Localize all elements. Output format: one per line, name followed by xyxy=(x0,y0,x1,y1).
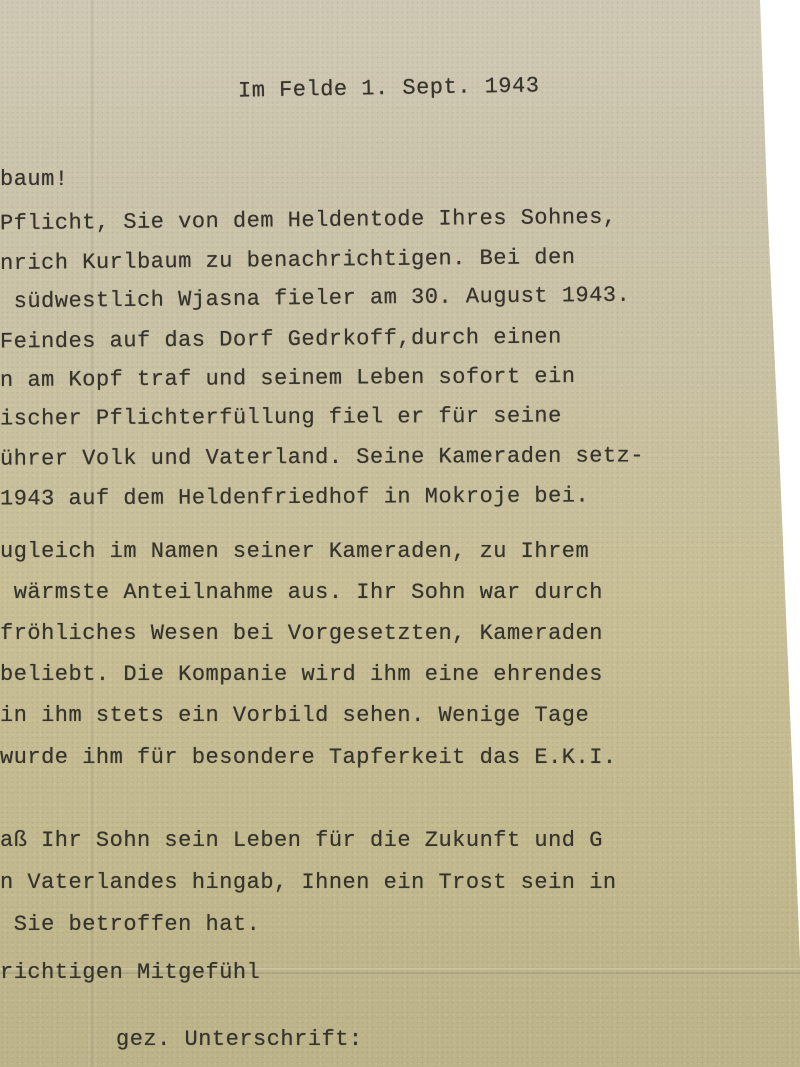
paragraph-3-line: Sie betroffen hat. xyxy=(0,912,260,937)
letter-closing: richtigen Mitgefühl xyxy=(0,960,260,985)
paragraph-1-line: ischer Pflichterfüllung fiel er für sein… xyxy=(0,404,562,432)
paragraph-1-line: ührer Volk und Vaterland. Seine Kamerade… xyxy=(0,443,644,471)
paragraph-3-line: aß Ihr Sohn sein Leben für die Zukunft u… xyxy=(0,828,603,853)
paper-fold-vertical xyxy=(88,0,96,1067)
paragraph-2-line: ugleich im Namen seiner Kameraden, zu Ih… xyxy=(0,539,589,564)
paragraph-1-line: Feindes auf das Dorf Gedrkoff,durch eine… xyxy=(0,325,562,355)
paragraph-3-line: n Vaterlandes hingab, Ihnen ein Trost se… xyxy=(0,870,617,895)
letter-date: Im Felde 1. Sept. 1943 xyxy=(238,73,540,103)
paragraph-2-line: fröhliches Wesen bei Vorgesetzten, Kamer… xyxy=(0,621,603,646)
paper-corner-crease xyxy=(690,0,800,240)
paragraph-2-line: wärmste Anteilnahme aus. Ihr Sohn war du… xyxy=(0,580,603,605)
scanned-letter-page: Im Felde 1. Sept. 1943 baum! Pflicht, Si… xyxy=(0,0,800,1067)
paragraph-2-line: wurde ihm für besondere Tapferkeit das E… xyxy=(0,745,617,770)
paragraph-2-line: beliebt. Die Kompanie wird ihm eine ehre… xyxy=(0,662,603,687)
paper-sheet xyxy=(0,0,800,1067)
paragraph-1-line: n am Kopf traf und seinem Leben sofort e… xyxy=(0,364,576,393)
letter-signature: gez. Unterschrift: xyxy=(116,1027,363,1052)
paragraph-1-line: 1943 auf dem Heldenfriedhof in Mokroje b… xyxy=(0,483,589,511)
paragraph-2-line: in ihm stets ein Vorbild sehen. Wenige T… xyxy=(0,703,589,728)
letter-salutation: baum! xyxy=(0,167,69,192)
